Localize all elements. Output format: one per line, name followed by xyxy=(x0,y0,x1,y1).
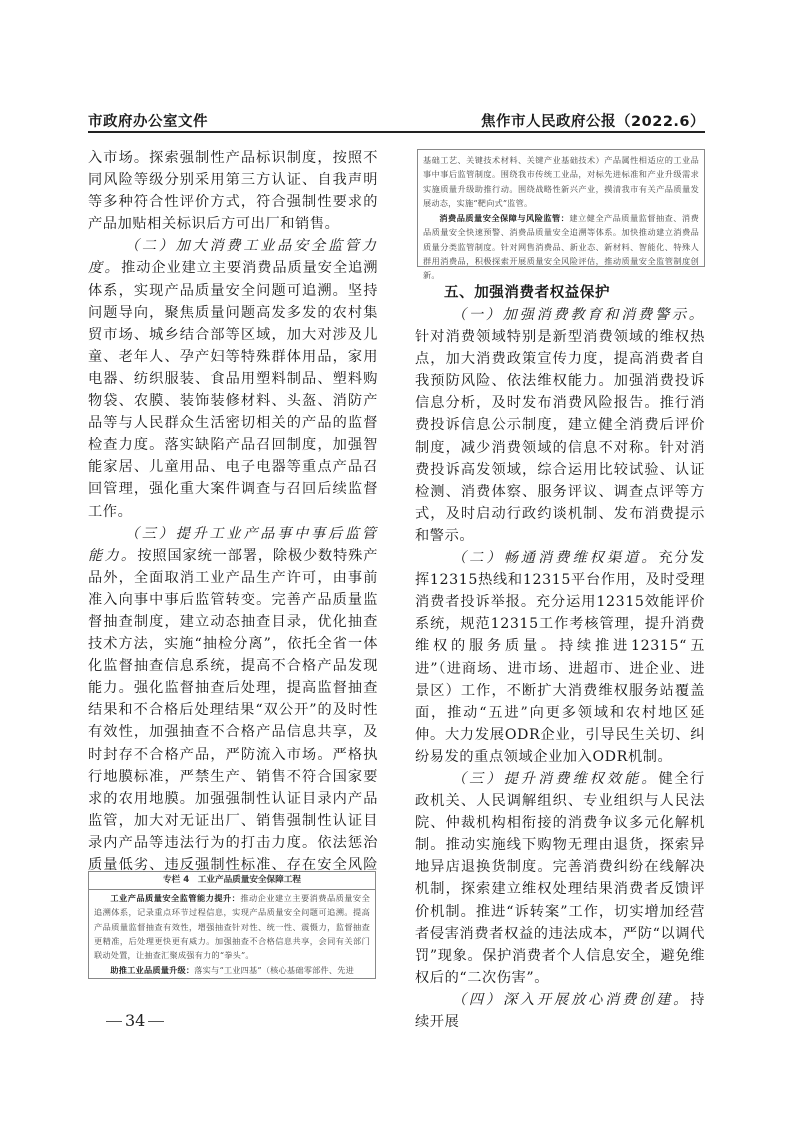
dash-right xyxy=(148,1021,164,1022)
header-publication-title: 焦作市人民政府公报（2022.6） xyxy=(481,110,705,131)
paragraph-body: 按照国家统一部署，除极少数特殊产品外，全面取消工业产品生产许可，由事前准入向事中… xyxy=(88,548,378,895)
subheading: （三）提升消费维权效能。 xyxy=(452,771,659,787)
left-column: 入市场。探索强制性产品标识制度，按照不同风险等级分别采用第三方认证、自我声明等多… xyxy=(88,147,378,898)
paragraph-consumer-goods-supervision: （二）加大消费工业品安全监管力度。推动企业建立主要消费品质量安全追溯体系，实现产… xyxy=(88,235,378,522)
page-header: 市政府办公室文件 焦作市人民政府公报（2022.6） xyxy=(88,110,705,132)
paragraph-in-process-supervision: （三）提升工业产品事中事后监管能力。按照国家统一部署，除极少数特殊产品外，全面取… xyxy=(88,523,378,899)
paragraph-continued: 入市场。探索强制性产品标识制度，按照不同风险等级分别采用第三方认证、自我声明等多… xyxy=(88,147,378,235)
paragraph-body: 充分发挥12315热线和12315平台作用，及时受理消费者投诉举报。充分运用12… xyxy=(415,550,705,765)
paragraph-body: 推动企业建立主要消费品质量安全追溯体系，实现产品质量安全问题可追溯。坚持问题导向… xyxy=(88,260,378,519)
sidebar-box-continued: 基础工艺、关键技术材料、关键产业基础技术）产品属性相适应的工业品事中事后监管制度… xyxy=(417,149,705,267)
box-item: 消费品质量安全保障与风险监管：建立健全产品质量监督抽查、消费品质量安全快速预警、… xyxy=(418,210,704,282)
box-item: 工业产品质量安全监管能力提升：推动企业建立主要消费品质量安全追溯体系，记录重点环… xyxy=(89,890,375,962)
dash-left xyxy=(106,1021,122,1022)
paragraph-consumer-education: （一）加强消费教育和消费警示。针对消费领域特别是新型消费领域的维权热点，加大消费… xyxy=(415,304,705,547)
box-item-text: 建立健全产品质量监督抽查、消费品质量安全快速预警、消费品质量安全追溯等体系。加快… xyxy=(423,213,699,280)
header-document-type: 市政府办公室文件 xyxy=(88,110,208,131)
box-item-text: 落实与“工业四基”（核心基础零部件、先进 xyxy=(194,965,354,975)
paragraph-body: 针对消费领域特别是新型消费领域的维权热点，加大消费政策宣传力度，提高消费者自我预… xyxy=(415,329,705,544)
page-number-value: 34 xyxy=(125,1011,145,1030)
paragraph-body: 健全行政机关、人民调解组织、专业组织与人民法院、仲裁机构相衔接的消费争议多元化解… xyxy=(415,771,705,986)
header-divider xyxy=(88,131,705,133)
box-title: 专栏 4 工业产品质量安全保障工程 xyxy=(89,872,375,890)
box-continued-text: 基础工艺、关键技术材料、关键产业基础技术）产品属性相适应的工业品事中事后监管制度… xyxy=(418,150,704,210)
paragraph-assured-consumption: （四）深入开展放心消费创建。持续开展 xyxy=(415,989,705,1033)
page-number: 34 xyxy=(103,1011,167,1030)
subheading: （四）深入开展放心消费创建。 xyxy=(452,992,690,1008)
box-item-label: 助推工业品质量升级： xyxy=(110,965,194,975)
sidebar-box-column-4: 专栏 4 工业产品质量安全保障工程 工业产品质量安全监管能力提升：推动企业建立主… xyxy=(88,871,376,979)
box-item: 助推工业品质量升级：落实与“工业四基”（核心基础零部件、先进 xyxy=(89,962,375,977)
paragraph-rights-channels: （二）畅通消费维权渠道。充分发挥12315热线和12315平台作用，及时受理消费… xyxy=(415,547,705,768)
subheading: （一）加强消费教育和消费警示。 xyxy=(452,307,705,323)
section-heading: 五、加强消费者权益保护 xyxy=(415,282,705,304)
box-item-label: 消费品质量安全保障与风险监管： xyxy=(439,213,569,223)
box-item-text: 推动企业建立主要消费品质量安全追溯体系，记录重点环节过程信息，实现产品质量安全问… xyxy=(94,893,370,960)
paragraph-rights-efficiency: （三）提升消费维权效能。健全行政机关、人民调解组织、专业组织与人民法院、仲裁机构… xyxy=(415,768,705,989)
subheading: （二）畅通消费维权渠道。 xyxy=(452,550,659,566)
right-column: 五、加强消费者权益保护 （一）加强消费教育和消费警示。针对消费领域特别是新型消费… xyxy=(415,282,705,1033)
box-item-label: 工业产品质量安全监管能力提升： xyxy=(110,893,240,903)
